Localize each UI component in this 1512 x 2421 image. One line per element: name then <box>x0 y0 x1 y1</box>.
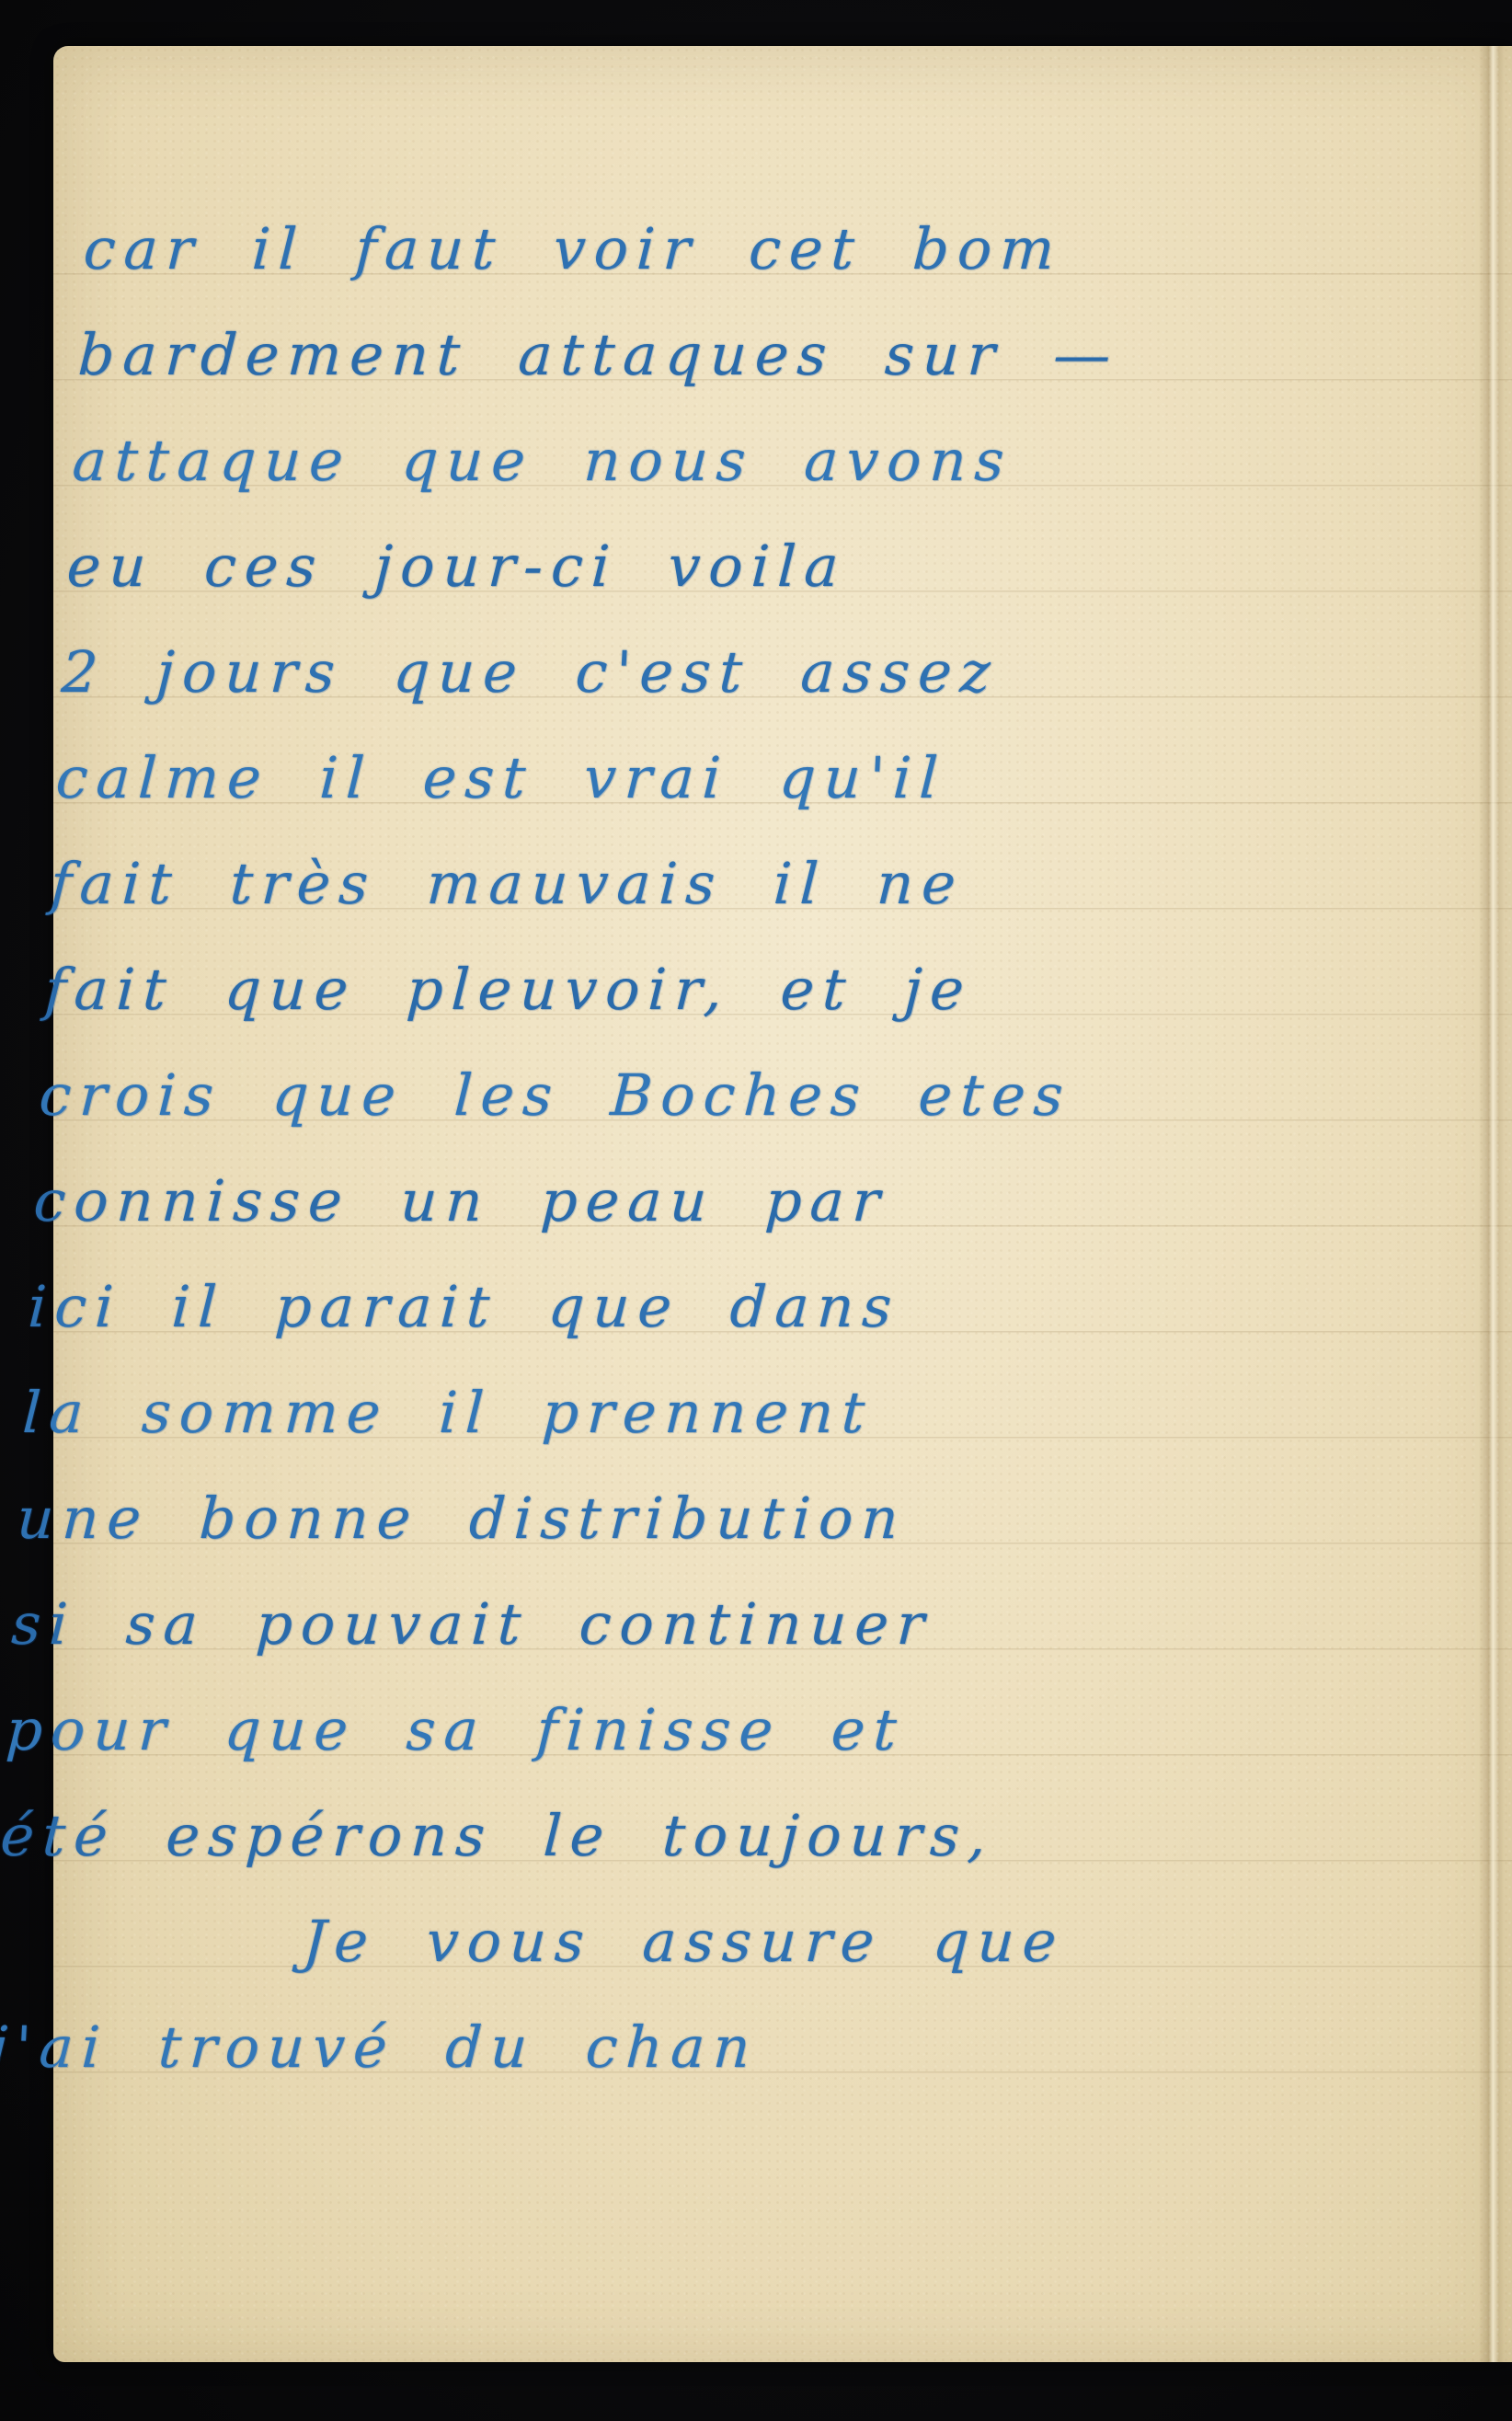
handwriting-line: fait que pleuvoir, et je <box>42 936 1470 1042</box>
handwriting-text: car il faut voir cet bombardement attaqu… <box>0 196 1508 2100</box>
handwriting-line: pour que sa finisse et <box>4 1677 1431 1783</box>
handwriting-line: la somme il prennent <box>20 1360 1448 1465</box>
handwriting-line: attaque que nous avons <box>70 407 1497 513</box>
handwriting-line: Je vous assure que <box>0 1888 1420 1994</box>
handwriting-line: j'ai trouvé du chan <box>0 1994 1415 2100</box>
handwriting-line: connisse un peau par <box>31 1148 1459 1254</box>
handwriting-line: calme il est vrai qu'il <box>53 725 1481 831</box>
handwriting-line: crois que les Boches etes <box>37 1042 1464 1148</box>
handwriting-line: une bonne distribution <box>15 1465 1442 1571</box>
handwriting-line: bardement attaques sur — <box>75 302 1503 407</box>
handwriting-line: 2 jours que c'est assez <box>59 619 1486 725</box>
handwriting-line: fait très mauvais il ne <box>48 831 1475 936</box>
handwriting-line: car il faut voir cet bom <box>81 196 1508 302</box>
handwriting-line: eu ces jour-ci voila <box>64 513 1492 619</box>
handwriting-line: ici il parait que dans <box>26 1254 1453 1360</box>
letter-page: car il faut voir cet bombardement attaqu… <box>53 46 1512 2362</box>
handwriting-line: si sa pouvait continuer <box>9 1571 1437 1677</box>
handwriting-line: été espérons le toujours, <box>0 1783 1426 1888</box>
scan-background: car il faut voir cet bombardement attaqu… <box>0 0 1512 2421</box>
